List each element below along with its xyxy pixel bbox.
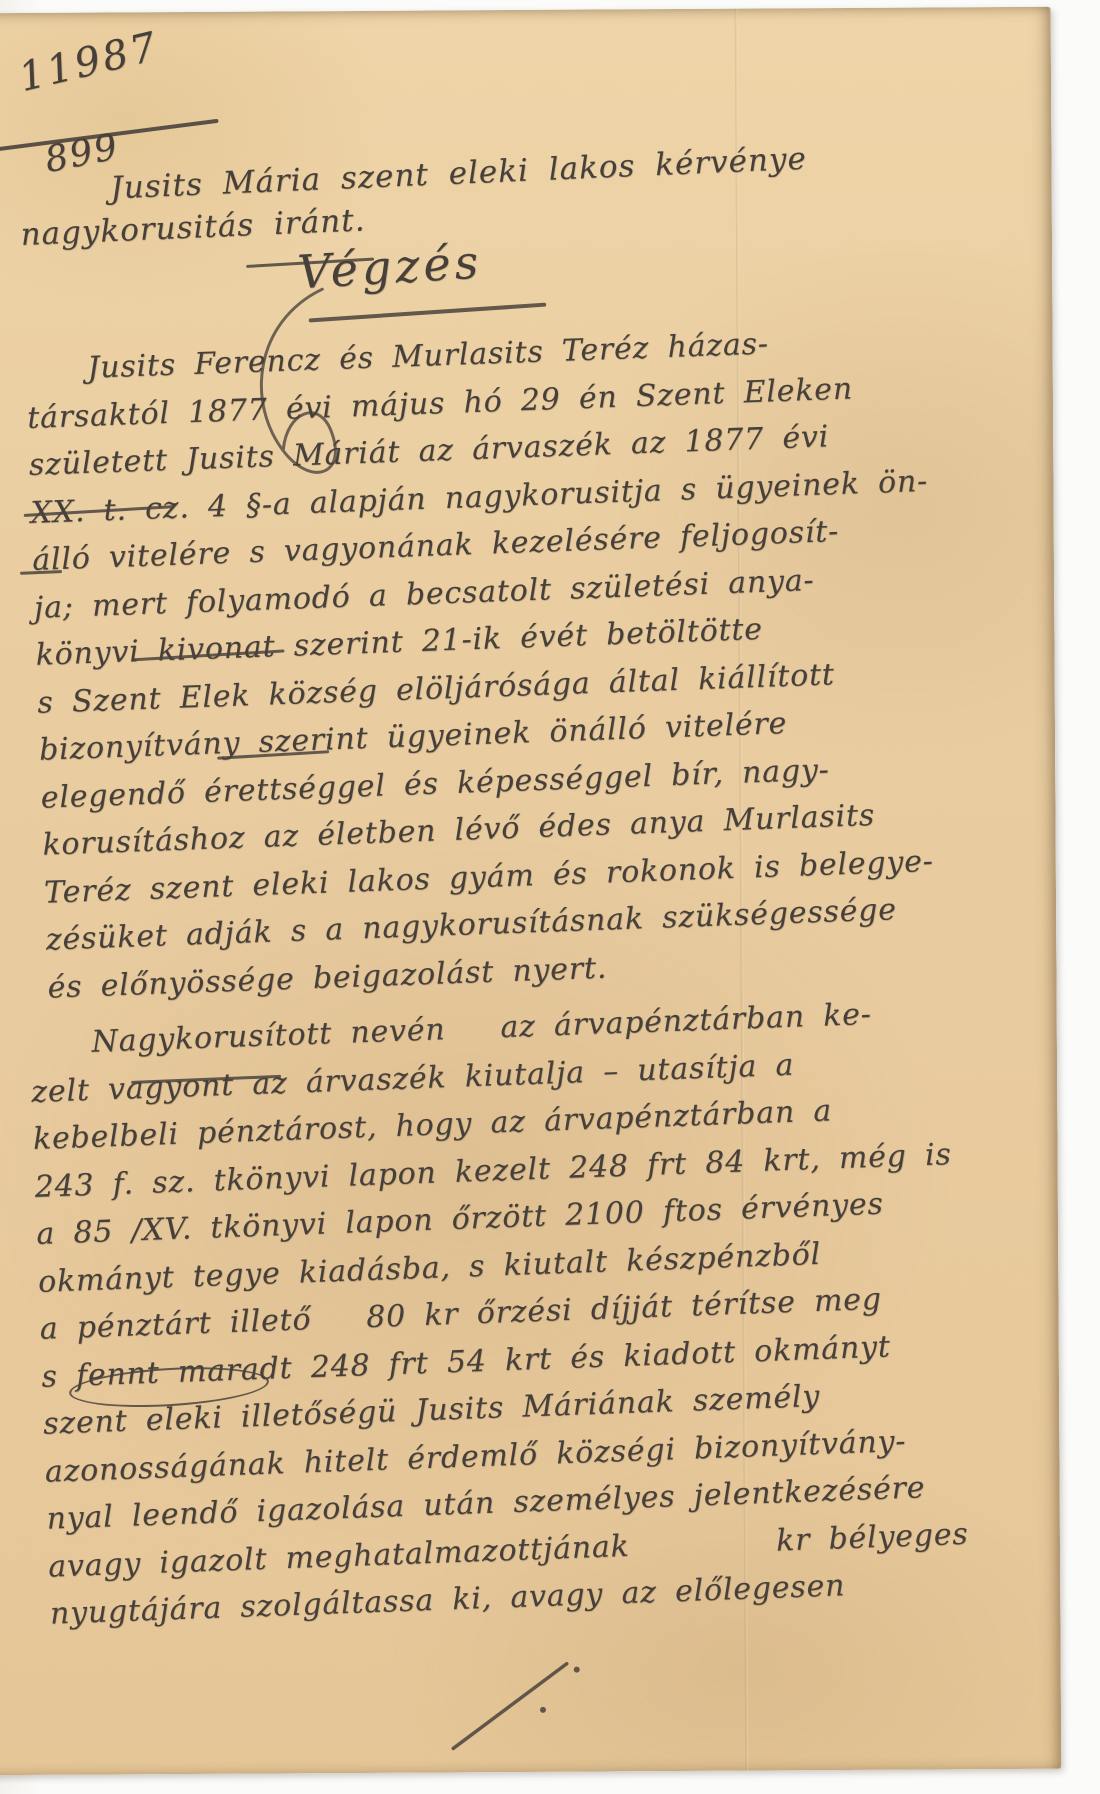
petition-subject-line-1: Jusits Mária szent eleki lakos kérvénye — [110, 141, 808, 207]
title-underline — [309, 303, 547, 322]
continuation-mark — [425, 1645, 606, 1766]
docket-numerator: 11987 — [15, 23, 164, 101]
scan-background: 11987 899 Jusits Mária szent eleki lakos… — [0, 0, 1100, 1794]
decree-paragraph-2: Nagykorusított nevén az árvapénztárban k… — [29, 987, 1010, 1638]
document-paper: 11987 899 Jusits Mária szent eleki lakos… — [0, 7, 1061, 1776]
document-title: Végzés — [296, 235, 484, 300]
decree-paragraph-1: Jusits Ferencz és Murlasits Teréz házas-… — [25, 313, 1008, 1012]
